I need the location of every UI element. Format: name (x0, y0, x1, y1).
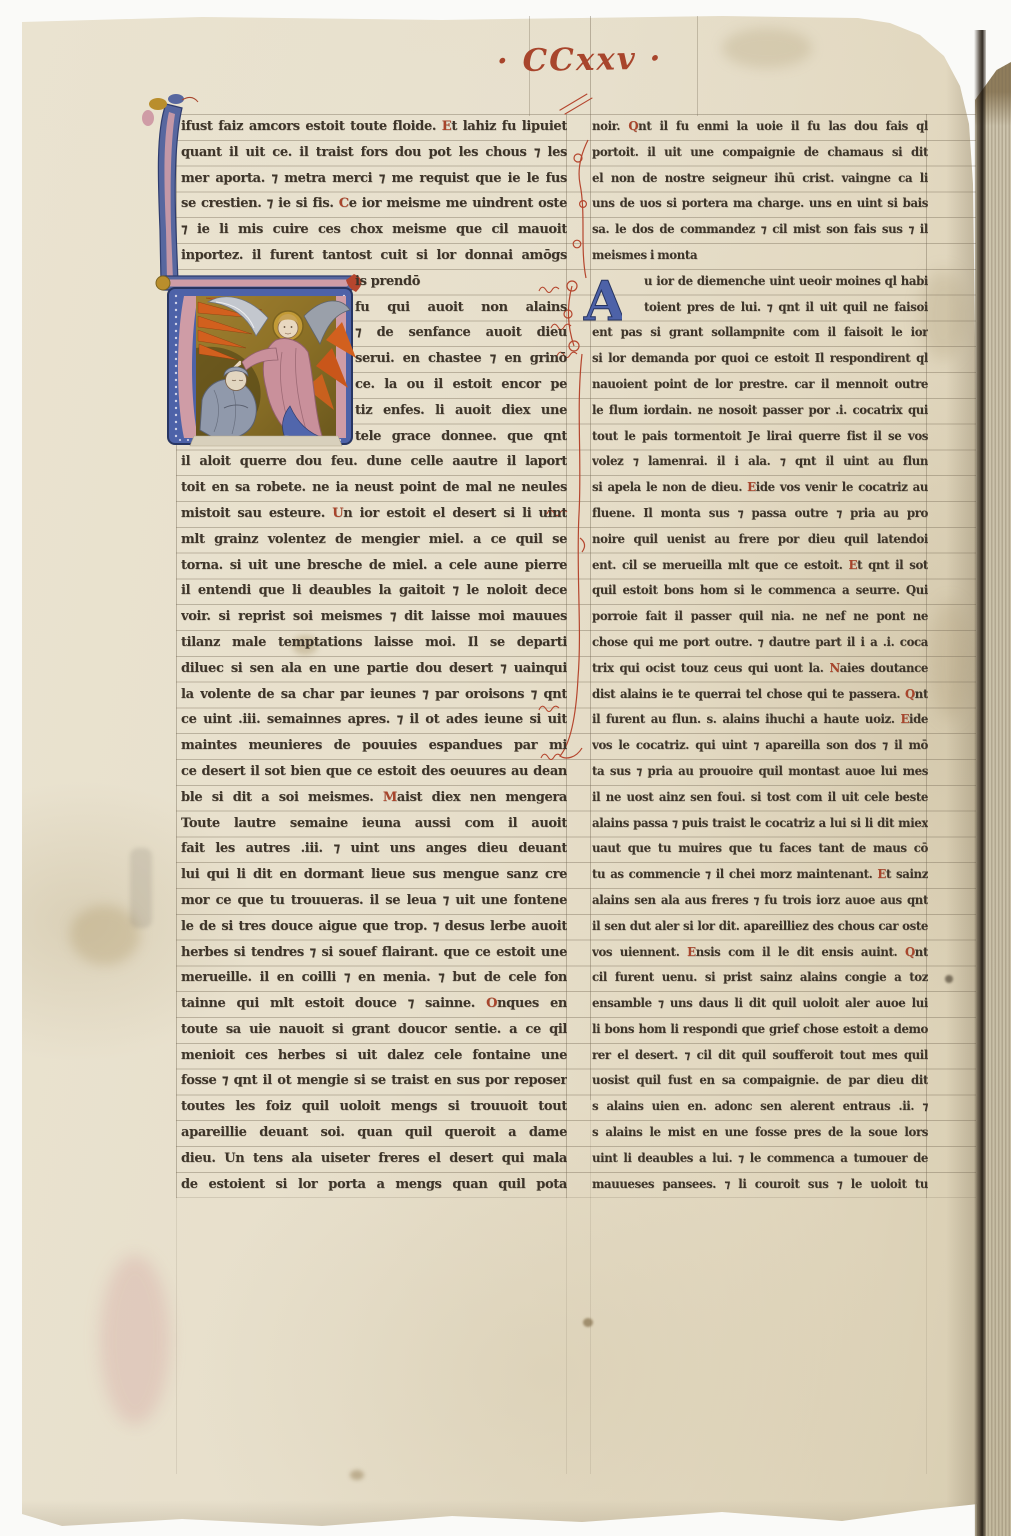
manuscript-text-line: noir. Qnt il fu enmi la uoie il fu las d… (592, 114, 928, 140)
manuscript-text-line: maintes meunieres de pouuies espandues p… (181, 733, 567, 759)
manuscript-text-line: il aloit querre dou feu. dune celle aaut… (181, 449, 567, 475)
manuscript-text-line: fu qui auoit non alains (355, 295, 567, 321)
manuscript-text-line: s alains le mist en une fosse pres de la… (592, 1120, 928, 1146)
manuscript-text-line: noire quil uenist au frere por dieu quil… (592, 527, 928, 553)
manuscript-text-line: tele grace donnee. que qnt (355, 424, 567, 450)
manuscript-text-line: ⁊ ie li mis cuire ces chox meisme que ci… (181, 217, 567, 243)
manuscript-text-line: sa. le dos de commandez ⁊ cil mist son f… (592, 217, 928, 243)
manuscript-text-line: ⁊ de senfance auoit dieu (355, 320, 567, 346)
manuscript-text-line: is prendō (355, 269, 567, 295)
manuscript-text-line: il furent au flun. s. alains ihuchi a ha… (592, 707, 928, 733)
manuscript-text-line: tiz enfes. li auoit diex une (355, 398, 567, 424)
manuscript-text-line: tu as commencie ⁊ il chei morz maintenan… (592, 862, 928, 888)
manuscript-text-line: ta sus ⁊ pria au prouoire quil montast a… (592, 759, 928, 785)
manuscript-text-line: il ne uost ainz sen foui. si tost com il… (592, 785, 928, 811)
manuscript-text-line: volez ⁊ lamenrai. il i ala. ⁊ qnt il uin… (592, 449, 928, 475)
manuscript-text-line: nauoient point de lor prestre. car il me… (592, 372, 928, 398)
stain (722, 28, 812, 68)
manuscript-text-line: il sen dut aler si lor dit. apareilliez … (592, 914, 928, 940)
manuscript-text-line: quil estoit bons hom si le commenca a se… (592, 578, 928, 604)
folio-number: · CCxxv · (454, 40, 705, 116)
manuscript-text-line: vos uiennent. Ensis com il le dit ensis … (592, 940, 928, 966)
manuscript-text-line: cil furent uenu. si prist sainz alains c… (592, 965, 928, 991)
manuscript-text-line: ce desert il sot bien que ce estoit des … (181, 759, 567, 785)
manuscript-text-line: chose qui me port outre. ⁊ dautre part i… (592, 630, 928, 656)
manuscript-text-line: mistoit sau esteure. Un ior estoit el de… (181, 501, 567, 527)
left-top-lines: ifust faiz amcors estoit toute floide. E… (181, 114, 567, 269)
gutter-shadow (974, 30, 986, 1536)
manuscript-text-line: menioit ces herbes si uit dalez cele fon… (181, 1043, 567, 1069)
manuscript-text-line: torna. si uit une bresche de miel. a cel… (181, 553, 567, 579)
manuscript-text-line: meismes i monta (592, 243, 928, 269)
manuscript-text-line: se crestien. ⁊ ie si fis. Ce ior meisme … (181, 191, 567, 217)
manuscript-text-line: tainne qui mlt estoit douce ⁊ sainne. On… (181, 991, 567, 1017)
text-column-left: ifust faiz amcors estoit toute floide. E… (181, 114, 567, 1197)
stain (70, 905, 140, 965)
manuscript-text-line: la volente de sa char par ieunes ⁊ par o… (181, 682, 567, 708)
manuscript-text-line: s alains uien en. adonc sen alerent entr… (592, 1094, 928, 1120)
stain (583, 1318, 593, 1327)
manuscript-text-line: ble si dit a soi meismes. Maist diex nen… (181, 785, 567, 811)
manuscript-text-line: tout le pais tormentoit Je lirai querre … (592, 424, 928, 450)
pink-smudge (100, 1255, 170, 1425)
manuscript-text-line: le de si tres douce aigue que trop. ⁊ de… (181, 914, 567, 940)
manuscript-text-line: tilanz male temptations laisse moi. Il s… (181, 630, 567, 656)
red-pen-flicks (557, 88, 599, 117)
manuscript-text-line: toit en sa robete. ne ia neust point de … (181, 475, 567, 501)
manuscript-text-line: u ior de diemenche uint ueoir moines ql … (644, 269, 928, 295)
manuscript-text-line: uaut que tu muires que tu faces tant de … (592, 836, 928, 862)
manuscript-text-line: uns de uos si portera ma charge. uns en … (592, 191, 928, 217)
photograph-background: · CCxxv · (0, 0, 1011, 1536)
manuscript-text-line: trix qui ocist touz ceus qui uont la. Na… (592, 656, 928, 682)
folio-number-text: · CCxxv · (497, 41, 663, 80)
manuscript-text-line: mor ce que tu trouueras. il se leua ⁊ ui… (181, 888, 567, 914)
manuscript-text-line: ce. la ou il estoit encor pe (355, 372, 567, 398)
manuscript-text-line: lui qui li dit en dormant lieue sus meng… (181, 862, 567, 888)
manuscript-text-line: si apela le non de dieu. Eide vos venir … (592, 475, 928, 501)
left-lines-beside-miniature: is prendōfu qui auoit non alains⁊ de sen… (355, 269, 567, 450)
manuscript-text-line: de estoient si lor porta a mengs quan qu… (181, 1172, 567, 1198)
manuscript-text-line: ce uint .iii. semainnes apres. ⁊ il ot a… (181, 707, 567, 733)
manuscript-text-line: diluec si sen ala en une partie dou dese… (181, 656, 567, 682)
manuscript-text-line: apareillie deuant soi. quan quil queroit… (181, 1120, 567, 1146)
manuscript-text-line: mlt grainz volentez de mengier miel. a c… (181, 527, 567, 553)
manuscript-text-line: porroie fait il passer quil nia. ne nef … (592, 604, 928, 630)
manuscript-text-line: uint li deaubles a lui. ⁊ le commenca a … (592, 1146, 928, 1172)
manuscript-text-line: dist alains ie te querrai tel chose qui … (592, 682, 928, 708)
text-column-right: noir. Qnt il fu enmi la uoie il fu las d… (592, 114, 928, 1197)
stain (350, 1470, 364, 1480)
manuscript-text-line: ifust faiz amcors estoit toute floide. E… (181, 114, 567, 140)
manuscript-text-line: serui. en chastee ⁊ en grinō (355, 346, 567, 372)
manuscript-text-line: Toute lautre semaine ieuna aussi com il … (181, 811, 567, 837)
manuscript-text-line: il entendi que li deaubles la gaitoit ⁊ … (181, 578, 567, 604)
manuscript-text-line: herbes si tendres ⁊ si souef flairant. q… (181, 940, 567, 966)
manuscript-text-line: toute sa uie nauoit si grant doucor sent… (181, 1017, 567, 1043)
manuscript-text-line: alains sen ala aus freres ⁊ fu trois ior… (592, 888, 928, 914)
manuscript-text-line: inportez. il furent tantost cuit si lor … (181, 243, 567, 269)
manuscript-text-line: fait les autres .iii. ⁊ uint uns anges d… (181, 836, 567, 862)
right-top-lines: noir. Qnt il fu enmi la uoie il fu las d… (592, 114, 928, 269)
right-lines-beside-initial: u ior de diemenche uint ueoir moines ql … (644, 269, 928, 321)
ink-show-through (130, 848, 152, 928)
manuscript-text-line: el non de nostre seigneur ihū crist. vai… (592, 166, 928, 192)
manuscript-text-line: uosist quil fust en sa compaignie. de pa… (592, 1068, 928, 1094)
manuscript-text-line: toutes les foiz quil uoloit mengs si tro… (181, 1094, 567, 1120)
manuscript-text-line: mauueses pansees. ⁊ li couroit sus ⁊ le … (592, 1172, 928, 1198)
manuscript-text-line: le flum iordain. ne nosoit passer por .i… (592, 398, 928, 424)
manuscript-text-line: ensamble ⁊ uns daus li dit quil uoloit a… (592, 991, 928, 1017)
manuscript-text-line: ent pas si grant sollampnite com il fais… (592, 320, 928, 346)
manuscript-text-line: li bons hom li respondi que grief chose … (592, 1017, 928, 1043)
manuscript-text-line: si lor demanda por quoi ce estoit Il res… (592, 346, 928, 372)
manuscript-text-line: toient pres de lui. ⁊ qnt il uit quil ne… (644, 295, 928, 321)
manuscript-text-line: ent. cil se merueilla mlt que ce estoit.… (592, 553, 928, 579)
manuscript-text-line: rer el desert. ⁊ cil dit quil soufferoit… (592, 1043, 928, 1069)
manuscript-text-line: fluene. Il monta sus ⁊ passa outre ⁊ pri… (592, 501, 928, 527)
manuscript-text-line: portoit. il uit une compaignie de chamau… (592, 140, 928, 166)
manuscript-text-line: quant il uit ce. il traist fors dou pot … (181, 140, 567, 166)
manuscript-text-line: vos le cocatriz. qui uint ⁊ apareilla so… (592, 733, 928, 759)
manuscript-text-line: dieu. Un tens ala uiseter freres el dese… (181, 1146, 567, 1172)
manuscript-text-line: alains passa ⁊ puis traist le cocatriz a… (592, 811, 928, 837)
manuscript-text-line: mer aporta. ⁊ metra merci ⁊ me requist q… (181, 166, 567, 192)
manuscript-text-line: voir. si reprist soi meismes ⁊ dit laiss… (181, 604, 567, 630)
left-body-lines: il aloit querre dou feu. dune celle aaut… (181, 449, 567, 1197)
manuscript-text-line: merueille. il en coilli ⁊ en menia. ⁊ bu… (181, 965, 567, 991)
right-body-lines: ent pas si grant sollampnite com il fais… (592, 320, 928, 1197)
manuscript-text-line: fosse ⁊ qnt il ot mengie si se traist en… (181, 1068, 567, 1094)
